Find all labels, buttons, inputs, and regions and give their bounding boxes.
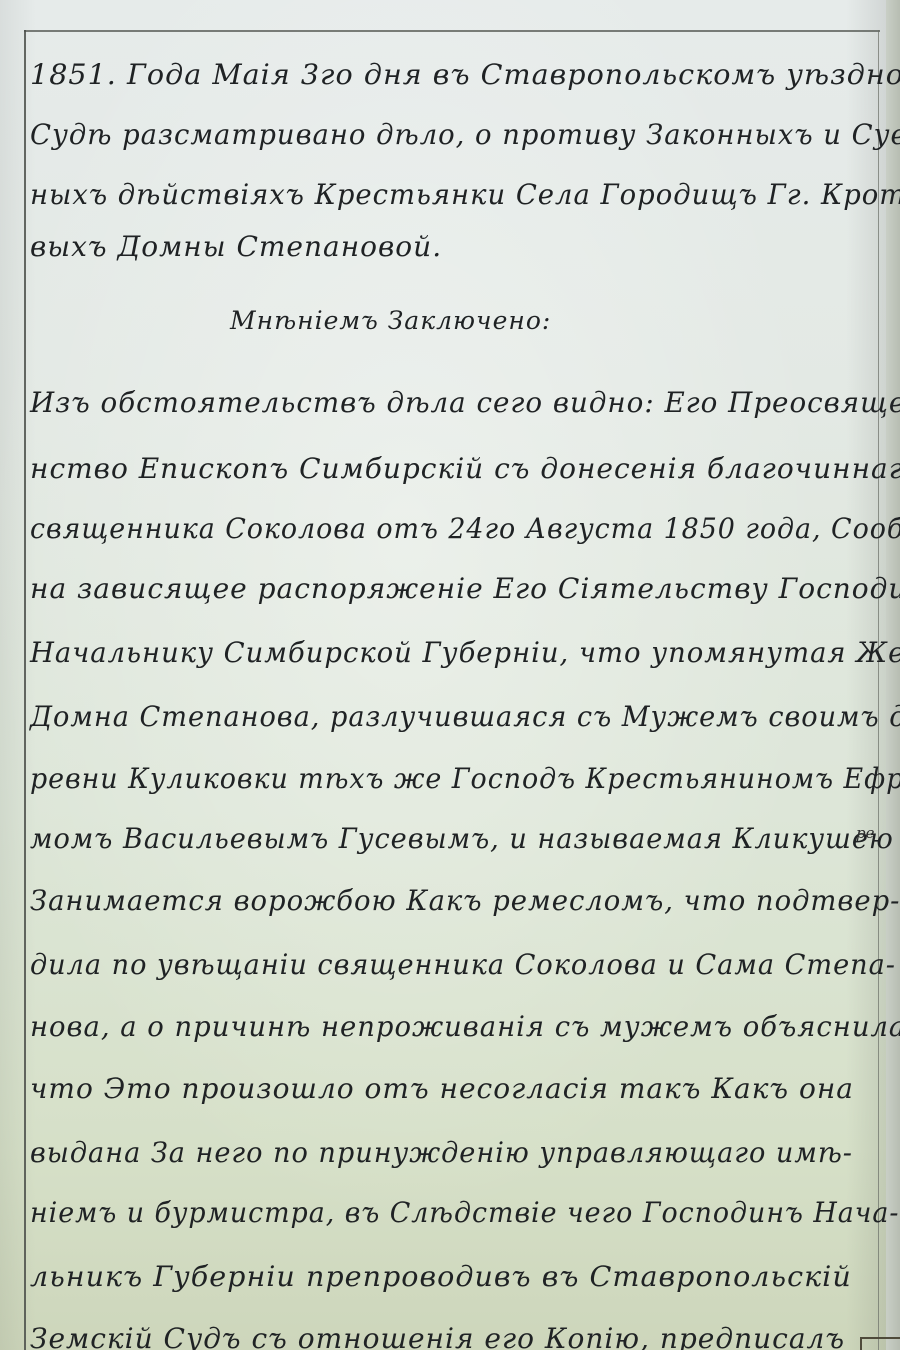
page-corner-mark [860, 1337, 900, 1350]
intro-line-2: Судѣ разсматривано дѣло, о противу Закон… [30, 118, 900, 151]
intro-line-3: ныхъ дѣйствіяхъ Крестьянки Села Городищъ… [30, 178, 900, 211]
body-line-1: Изъ обстоятельствъ дѣла сего видно: Его … [30, 386, 900, 419]
body-line-3: священника Соколова отъ 24го Августа 185… [30, 512, 900, 545]
body-line-6: Домна Степанова, разлучившаяся съ Мужемъ… [30, 700, 900, 733]
body-line-15: льникъ Губерніи препроводивъ въ Ставропо… [30, 1260, 852, 1293]
intro-line-1: 1851. Года Маія 3го дня въ Ставропольско… [30, 58, 900, 91]
body-line-2: нство Епископъ Симбирскій съ донесенія б… [30, 452, 900, 485]
body-line-8: момъ Васильевымъ Гусевымъ, и называемая … [30, 822, 894, 855]
margin-rule-left [24, 30, 26, 1350]
body-line-4: на зависящее распоряженіе Его Сіятельств… [30, 572, 900, 605]
body-line-5: Начальнику Симбирской Губерніи, что упом… [30, 636, 900, 669]
intro-line-4: выхъ Домны Степановой. [30, 230, 442, 263]
body-line-11: нова, а о причинѣ непроживанія съ мужемъ… [30, 1010, 900, 1043]
section-heading: Мнѣніемъ Заключено: [230, 306, 551, 335]
body-line-10: дила по увѣщаніи священника Соколова и С… [30, 948, 896, 981]
body-line-13: выдана За него по принужденію управляюща… [30, 1136, 853, 1169]
margin-rule-right [878, 30, 879, 1350]
body-line-12: что Это произошло отъ несогласія такъ Ка… [30, 1072, 854, 1105]
interlinear-insertion: ре [856, 824, 874, 842]
body-line-16: Земскій Судъ съ отношенія его Копію, пре… [30, 1322, 845, 1350]
body-line-14: ніемъ и бурмистра, въ Слѣдствіе чего Гос… [30, 1196, 899, 1229]
margin-rule-top [24, 30, 880, 32]
body-line-9: Занимается ворожбою Какъ ремесломъ, что … [30, 884, 900, 917]
body-line-7: ревни Куликовки тѣхъ же Господъ Крестьян… [30, 762, 900, 795]
